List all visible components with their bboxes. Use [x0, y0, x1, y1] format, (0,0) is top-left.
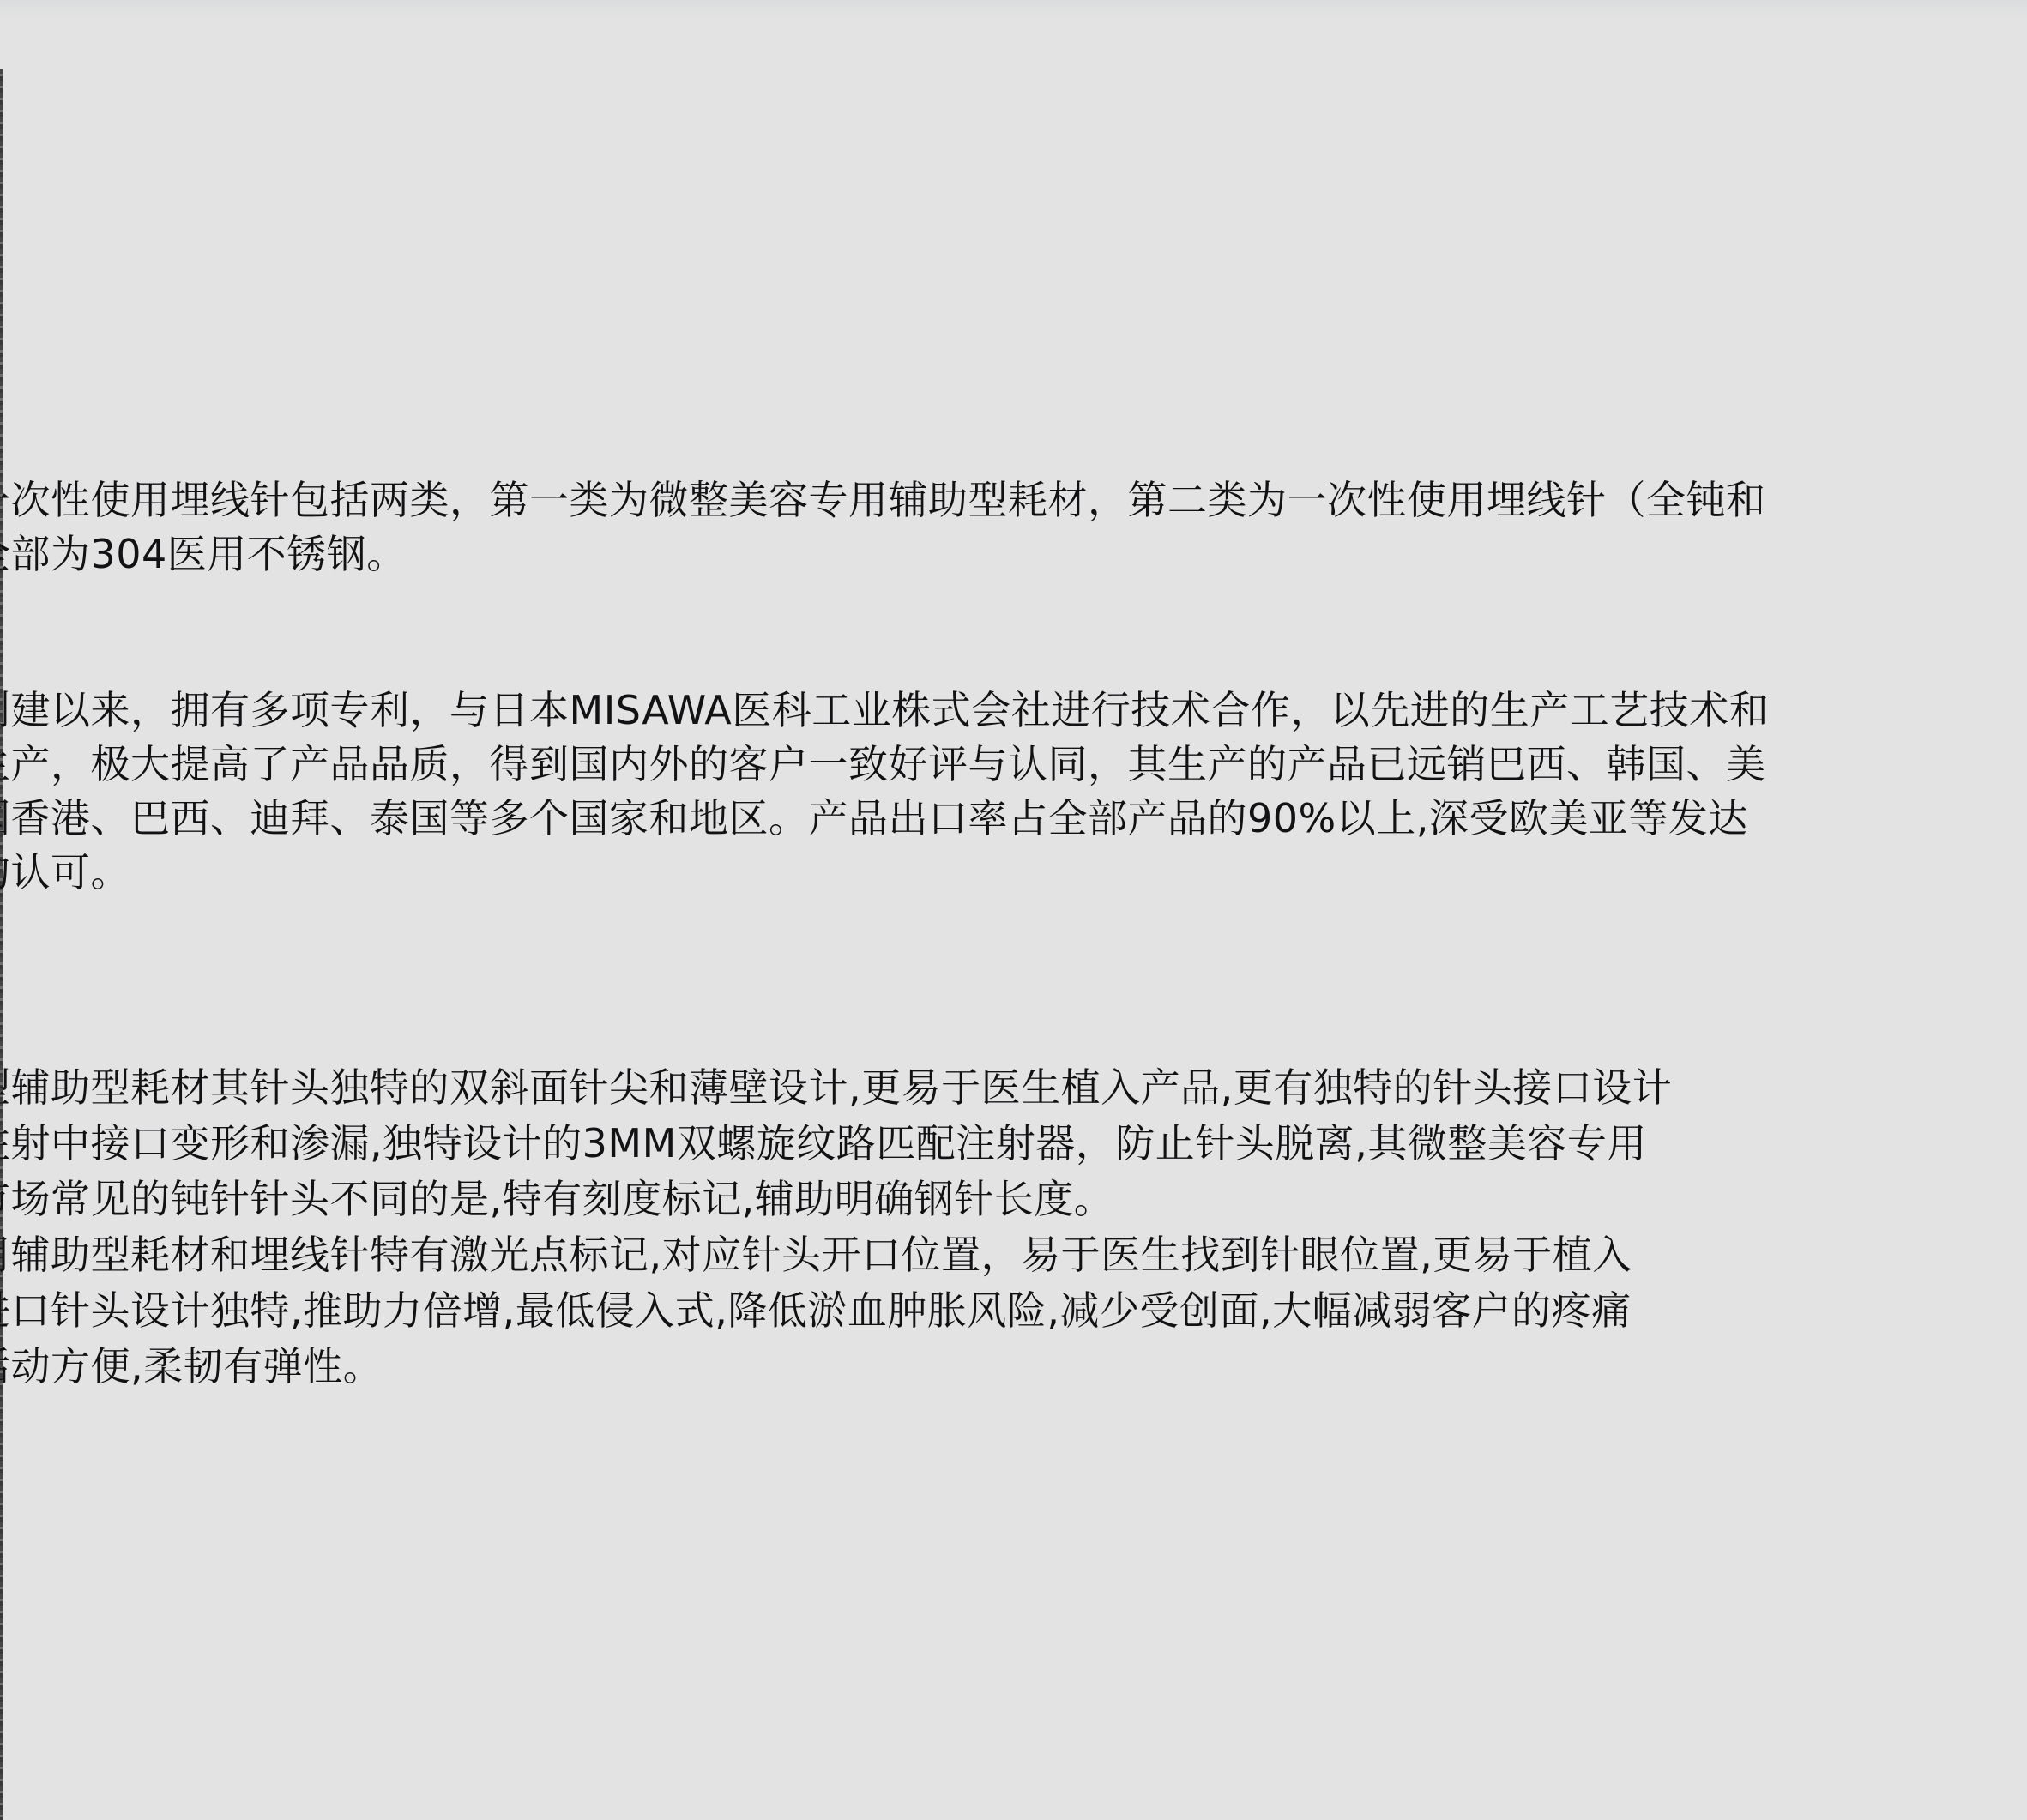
text-line: 注射中接口变形和渗漏,独特设计的3MM双螺旋纹路匹配注射器，防止针头脱离,其微整…: [0, 1119, 1647, 1167]
text-line: 生产，极大提高了产品品质，得到国内外的客户一致好评与认同，其生产的产品已远销巴西…: [0, 740, 1766, 788]
scan-top-noise: [0, 0, 2027, 19]
text-line: 型辅助型耗材其针头独特的双斜面针尖和薄壁设计,更易于医生植入产品,更有独特的针头…: [0, 1064, 1672, 1112]
scanned-document-page: 一次性使用埋线针包括两类，第一类为微整美容专用辅助型耗材，第二类为一次性使用埋线…: [0, 0, 2027, 1820]
text-line: 进口针头设计独特,推助力倍增,最低侵入式,降低淤血肿胀风险,减少受创面,大幅减弱…: [0, 1287, 1632, 1335]
scan-binding-edge: [0, 69, 3, 1820]
text-line: 的认可。: [0, 848, 130, 896]
text-line: 市场常见的钝针针头不同的是,特有刻度标记,辅助明确钢针长度。: [0, 1175, 1113, 1223]
text-line: 全部为304医用不锈钢。: [0, 530, 407, 578]
text-line: 国香港、巴西、迪拜、泰国等多个国家和地区。产品出口率占全部产品的90%以上,深受…: [0, 794, 1748, 842]
text-line: 用辅助型耗材和埋线针特有激光点标记,对应针头开口位置，易于医生找到针眼位置,更易…: [0, 1231, 1632, 1279]
text-line: 一次性使用埋线针包括两类，第一类为微整美容专用辅助型耗材，第二类为一次性使用埋线…: [0, 476, 1766, 524]
text-line: 活动方便,柔韧有弹性。: [0, 1342, 383, 1390]
text-line: 创建以来，拥有多项专利，与日本MISAWA医科工业株式会社进行技术合作，以先进的…: [0, 686, 1769, 734]
